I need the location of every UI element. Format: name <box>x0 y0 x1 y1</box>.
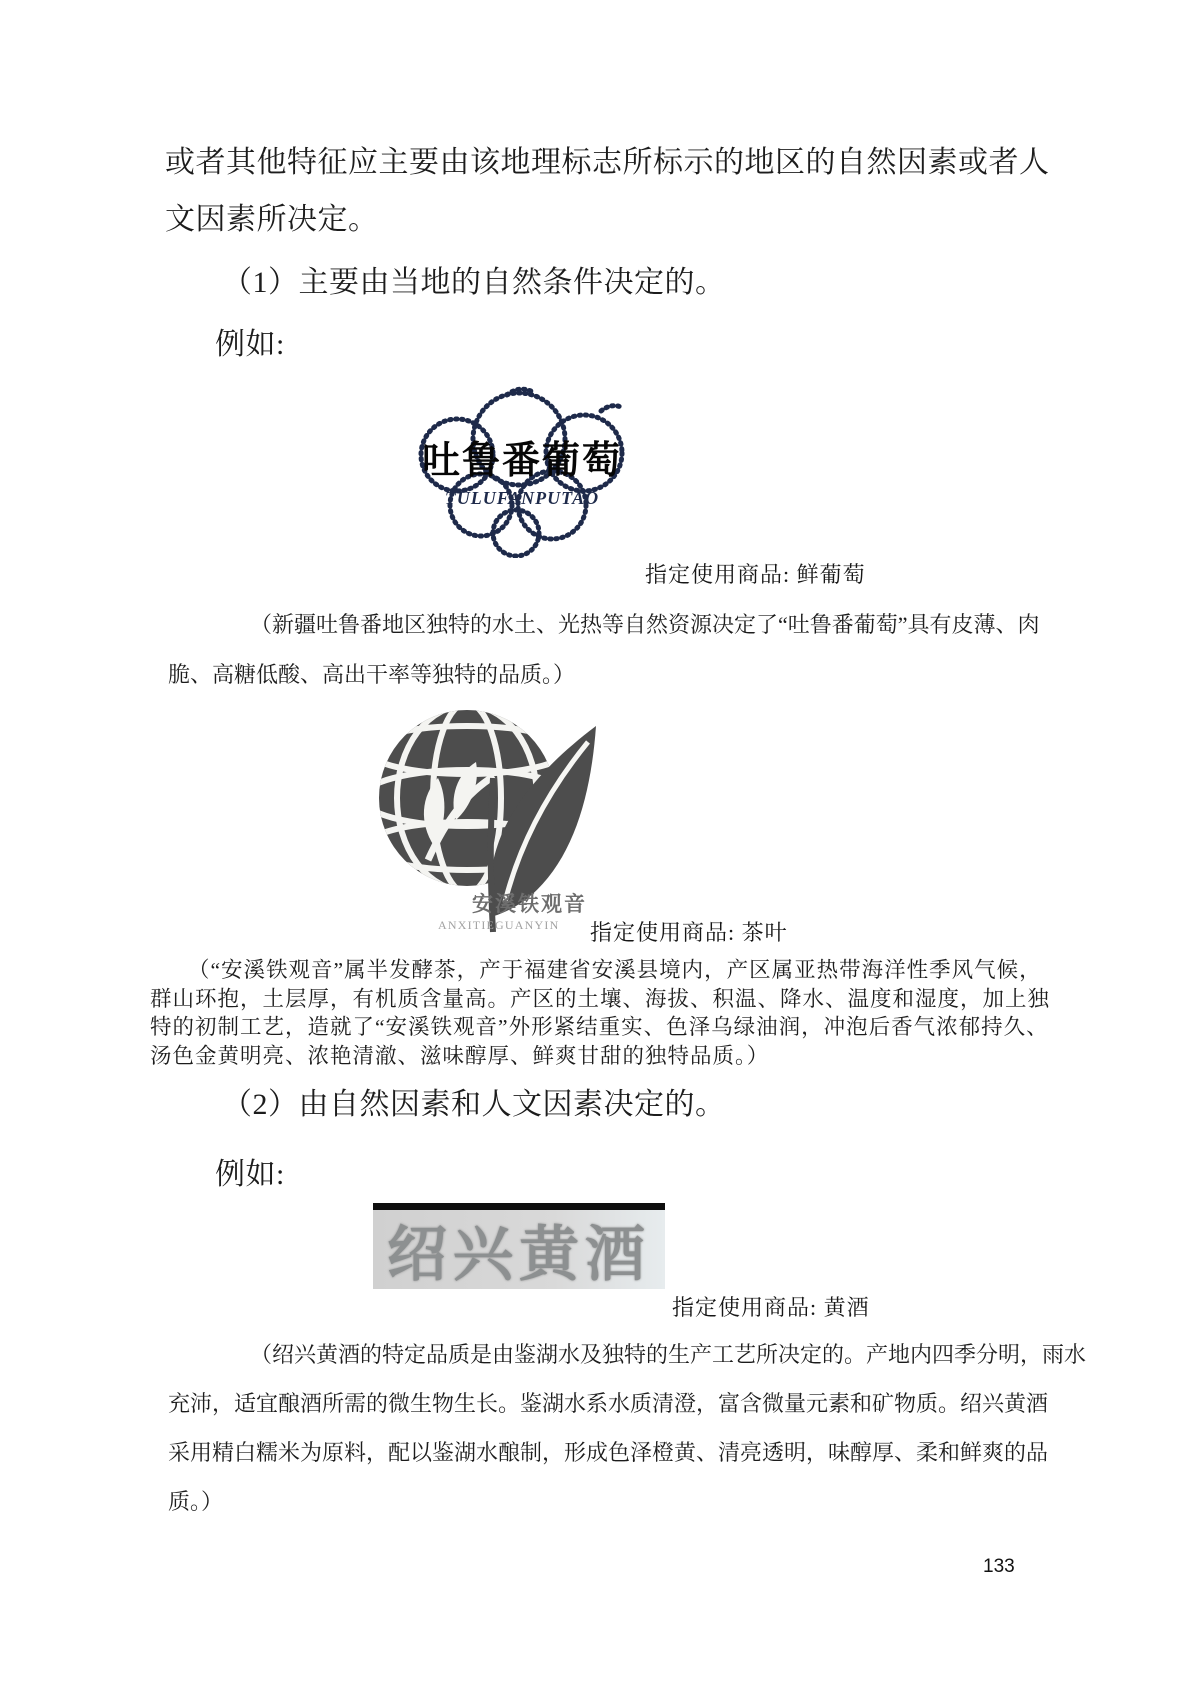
example-label-2: 例如: <box>215 1158 285 1192</box>
description-line: 采用精白糯米为原料，配以鉴湖水酿制，形成色泽橙黄、清亮透明，味醇厚、柔和鲜爽的品 <box>168 1436 1086 1485</box>
description-line: 汤色金黄明亮、浓艳清澈、滋味醇厚、鲜爽甘甜的独特品质。） <box>150 1039 1050 1068</box>
logo-caption-wine: 指定使用商品: 黄酒 <box>672 1291 870 1322</box>
document-page: 或者其他特征应主要由该地理标志所标示的地区的自然因素或者人 文因素所决定。 （1… <box>0 0 1199 1696</box>
example-label-1: 例如: <box>215 328 285 362</box>
page-number: 133 <box>983 1556 1015 1578</box>
intro-paragraph: 或者其他特征应主要由该地理标志所标示的地区的自然因素或者人 文因素所决定。 <box>165 146 1050 260</box>
description-line: 群山环抱，土层厚，有机质含量高。产区的土壤、海拔、积温、降水、温度和湿度，加上独 <box>150 982 1050 1011</box>
description-line: （“安溪铁观音”属半发酵茶，产于福建省安溪县境内，产区属亚热带海洋性季风气候， <box>150 953 1050 982</box>
description-tea: （“安溪铁观音”属半发酵茶，产于福建省安溪县境内，产区属亚热带海洋性季风气候， … <box>150 953 1050 1067</box>
description-grapes: （新疆吐鲁番地区独特的水土、光热等自然资源决定了“吐鲁番葡萄”具有皮薄、肉 脆、… <box>168 608 1040 708</box>
logo-main-text: 绍兴黄酒 <box>387 1207 651 1293</box>
logo-caption-tea: 指定使用商品: 茶叶 <box>590 916 788 947</box>
description-line: 充沛，适宜酿酒所需的微生物生长。鉴湖水系水质清澄，富含微量元素和矿物质。绍兴黄酒 <box>168 1387 1086 1436</box>
intro-line: 文因素所决定。 <box>165 203 1050 260</box>
logo-main-text: 安溪铁观音 <box>472 892 587 916</box>
trademark-logo-turpan-grapes: 吐鲁番葡萄 TULUFANPUTAO <box>415 383 630 563</box>
description-line: （新疆吐鲁番地区独特的水土、光热等自然资源决定了“吐鲁番葡萄”具有皮薄、肉 <box>168 608 1040 658</box>
logo-latin-text: ANXITIEGUANYIN <box>438 918 559 932</box>
section-1-heading: （1）主要由当地的自然条件决定的。 <box>222 266 726 300</box>
description-line: （绍兴黄酒的特定品质是由鉴湖水及独特的生产工艺所决定的。产地内四季分明，雨水 <box>168 1338 1086 1387</box>
intro-line: 或者其他特征应主要由该地理标志所标示的地区的自然因素或者人 <box>165 146 1050 203</box>
description-wine: （绍兴黄酒的特定品质是由鉴湖水及独特的生产工艺所决定的。产地内四季分明，雨水 充… <box>168 1338 1086 1534</box>
logo-caption-grapes: 指定使用商品: 鲜葡萄 <box>645 558 866 589</box>
description-line: 特的初制工艺，造就了“安溪铁观音”外形紧结重实、色泽乌绿油润，冲泡后香气浓郁持久… <box>150 1010 1050 1039</box>
trademark-logo-shaoxing-wine: 绍兴黄酒 <box>373 1203 665 1289</box>
globe-leaf-stamp-icon: 安溪铁观音 ANXITIEGUANYIN <box>372 698 612 935</box>
section-2-heading: （2）由自然因素和人文因素决定的。 <box>222 1088 726 1122</box>
description-line: 质。） <box>168 1485 1086 1534</box>
logo-main-text: 吐鲁番葡萄 <box>422 440 622 482</box>
trademark-logo-anxi-tieguanyin: 安溪铁观音 ANXITIEGUANYIN <box>372 698 612 940</box>
grape-cluster-seal-icon: 吐鲁番葡萄 TULUFANPUTAO <box>415 383 630 558</box>
logo-latin-text: TULUFANPUTAO <box>445 488 599 508</box>
